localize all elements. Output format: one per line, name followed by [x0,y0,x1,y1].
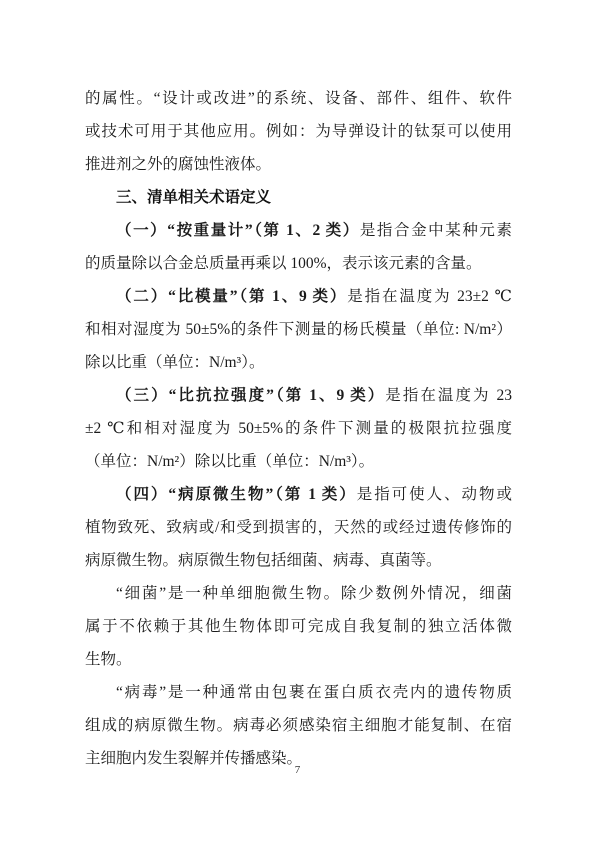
line-text: 是指可使人、动物或 [357,486,512,503]
text-line: 除以比重（单位：N/m³）。 [85,346,512,379]
definition-term: （一）“按重量计”（第 1、2 类） [116,222,360,239]
line-text: 生物。 [85,651,132,668]
line-text: ±2 ℃和相对湿度为 50±5%的条件下测量的极限抗拉强度 [85,420,512,437]
document-page: 的属性。“设计或改进”的系统、设备、部件、组件、软件 或技术可用于其他应用。例如… [0,0,595,841]
section-heading: 三、清单相关术语定义 [85,181,512,214]
line-text: 推进剂之外的腐蚀性液体。 [85,156,271,173]
text-line: 生物。 [85,643,512,676]
line-text: 除以比重（单位：N/m³）。 [85,354,264,371]
line-text: 是指在温度为 23 [385,387,512,404]
definition-line: （三）“比抗拉强度”（第 1、9 类）是指在温度为 23 [85,379,512,412]
text-line: 或技术可用于其他应用。例如：为导弹设计的钛泵可以使用 [85,115,512,148]
line-text: 是指在温度为 23±2 ℃ [347,288,512,305]
line-text: “病毒”是一种通常由包裹在蛋白质衣壳内的遗传物质 [116,684,512,701]
definition-term: （四）“病原微生物”（第 1 类） [116,486,357,503]
line-text: “细菌”是一种单细胞微生物。除少数例外情况，细菌 [116,585,512,602]
section-heading-text: 三、清单相关术语定义 [116,189,271,206]
line-text: 组成的病原微生物。病毒必须感染宿主细胞才能复制、在宿 [85,717,512,734]
text-line: “病毒”是一种通常由包裹在蛋白质衣壳内的遗传物质 [85,676,512,709]
line-text: 病原微生物。病原微生物包括细菌、病毒、真菌等。 [85,552,442,569]
text-line: 的属性。“设计或改进”的系统、设备、部件、组件、软件 [85,82,512,115]
definition-line: （二）“比模量”（第 1、9 类）是指在温度为 23±2 ℃ [85,280,512,313]
definition-line: （一）“按重量计”（第 1、2 类）是指合金中某种元素 [85,214,512,247]
line-text: （单位：N/m²）除以比重（单位：N/m³）。 [85,453,374,470]
text-line: 属于不依赖于其他生物体即可完成自我复制的独立活体微 [85,610,512,643]
line-text: 是指合金中某种元素 [360,222,512,239]
line-text: 或技术可用于其他应用。例如：为导弹设计的钛泵可以使用 [85,123,512,140]
text-line: （单位：N/m²）除以比重（单位：N/m³）。 [85,445,512,478]
line-text: 植物致死、致病或/和受到损害的，天然的或经过遗传修饰的 [85,519,512,536]
text-block: 的属性。“设计或改进”的系统、设备、部件、组件、软件 或技术可用于其他应用。例如… [85,82,512,775]
text-line: “细菌”是一种单细胞微生物。除少数例外情况，细菌 [85,577,512,610]
text-line: ±2 ℃和相对湿度为 50±5%的条件下测量的极限抗拉强度 [85,412,512,445]
definition-term: （三）“比抗拉强度”（第 1、9 类） [116,387,385,404]
line-text: 和相对湿度为 50±5%的条件下测量的杨氏模量（单位: N/m²） [85,321,512,338]
page-number: 7 [0,762,595,778]
text-line: 组成的病原微生物。病毒必须感染宿主细胞才能复制、在宿 [85,709,512,742]
definition-line: （四）“病原微生物”（第 1 类）是指可使人、动物或 [85,478,512,511]
definition-term: （二）“比模量”（第 1、9 类） [116,288,347,305]
line-text: 的属性。“设计或改进”的系统、设备、部件、组件、软件 [85,90,512,107]
text-line: 的质量除以合金总质量再乘以 100%，表示该元素的含量。 [85,247,512,280]
text-line: 植物致死、致病或/和受到损害的，天然的或经过遗传修饰的 [85,511,512,544]
text-line: 推进剂之外的腐蚀性液体。 [85,148,512,181]
text-line: 病原微生物。病原微生物包括细菌、病毒、真菌等。 [85,544,512,577]
line-text: 属于不依赖于其他生物体即可完成自我复制的独立活体微 [85,618,512,635]
text-line: 和相对湿度为 50±5%的条件下测量的杨氏模量（单位: N/m²） [85,313,512,346]
line-text: 的质量除以合金总质量再乘以 100%，表示该元素的含量。 [85,255,482,272]
